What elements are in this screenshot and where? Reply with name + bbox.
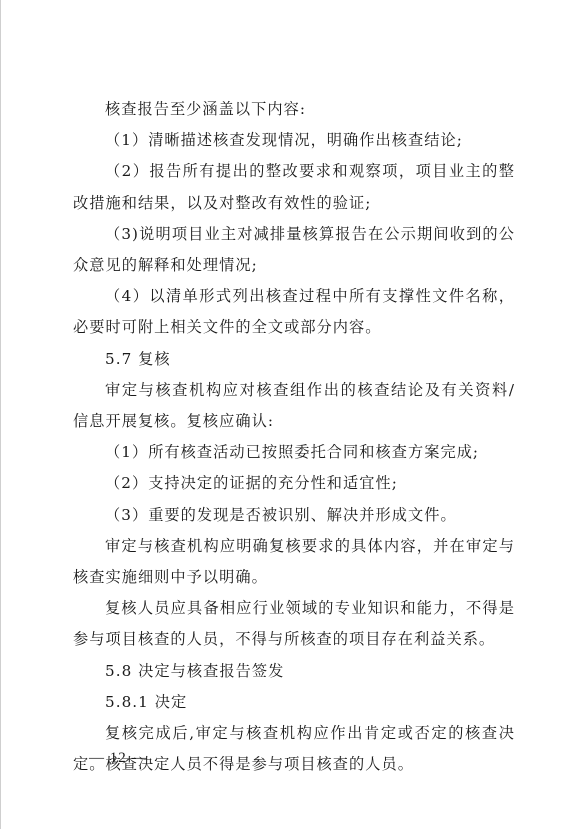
paragraph-review-requirements: 审定与核查机构应明确复核要求的具体内容，并在审定与核查实施细则中予以明确。 <box>73 531 515 593</box>
list-item-report-4: （4）以清单形式列出核查过程中所有支撑性文件名称，必要时可附上相关文件的全文或部… <box>73 281 515 343</box>
list-item-review-3: （3）重要的发现是否被识别、解决并形成文件。 <box>73 500 515 531</box>
document-body: 核查报告至少涵盖以下内容: （1）清晰描述核查发现情况，明确作出核查结论; （2… <box>73 94 515 780</box>
document-page: 核查报告至少涵盖以下内容: （1）清晰描述核查发现情况，明确作出核查结论; （2… <box>0 0 586 829</box>
paragraph-reviewer-qualification: 复核人员应具备相应行业领域的专业知识和能力，不得是参与项目核查的人员，不得与所核… <box>73 593 515 655</box>
page-number: — 12 — <box>89 750 148 767</box>
list-item-report-1: （1）清晰描述核查发现情况，明确作出核查结论; <box>73 125 515 156</box>
list-item-report-2: （2）报告所有提出的整改要求和观察项，项目业主的整改措施和结果，以及对整改有效性… <box>73 156 515 218</box>
paragraph-intro: 核查报告至少涵盖以下内容: <box>73 94 515 125</box>
list-item-review-2: （2）支持决定的证据的充分性和适宜性; <box>73 468 515 499</box>
paragraph-review: 审定与核查机构应对核查组作出的核查结论及有关资料/信息开展复核。复核应确认: <box>73 375 515 437</box>
section-heading-5-8: 5.8 决定与核查报告签发 <box>73 656 515 687</box>
list-item-report-3: （3)说明项目业主对减排量核算报告在公示期间收到的公众意见的解释和处理情况; <box>73 219 515 281</box>
section-heading-5-7: 5.7 复核 <box>73 344 515 375</box>
section-heading-5-8-1: 5.8.1 决定 <box>73 687 515 718</box>
list-item-review-1: （1）所有核查活动已按照委托合同和核查方案完成; <box>73 437 515 468</box>
